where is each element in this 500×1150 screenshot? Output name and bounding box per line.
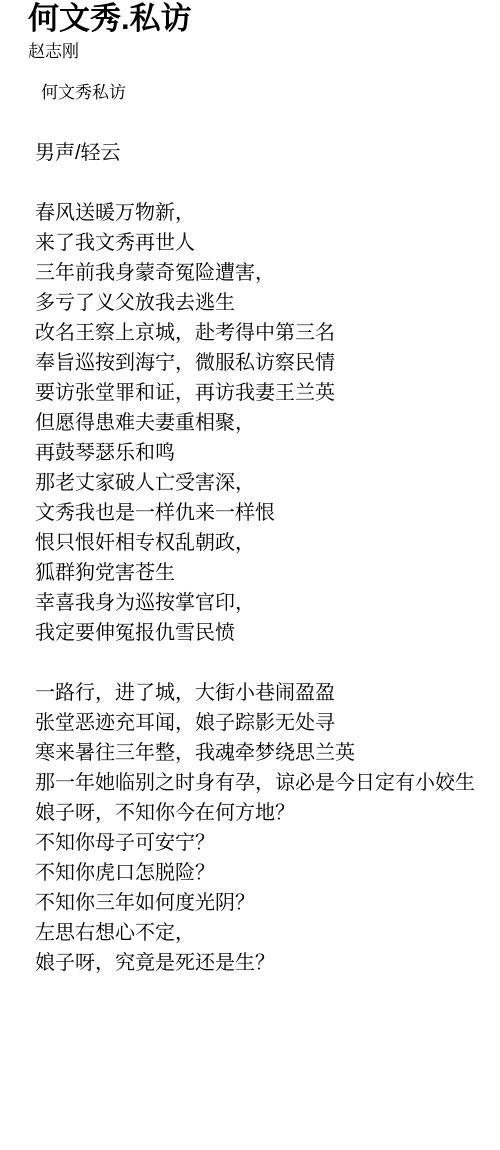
lyric-line: 改名王察上京城，赴考得中第三名 xyxy=(35,318,500,348)
lyric-line: 那老丈家破人亡受害深， xyxy=(35,468,500,498)
lyric-line: 但愿得患难夫妻重相聚， xyxy=(35,408,500,438)
lyric-line: 张堂恶迹充耳闻，娘子踪影无处寻 xyxy=(35,708,500,738)
lyrics-page: 何文秀.私访 赵志刚 何文秀私访 男声/轻云 春风送暖万物新，来了我文秀再世人三… xyxy=(0,0,500,978)
lyric-line: 多亏了义父放我去逃生 xyxy=(35,288,500,318)
song-label: 何文秀私访 xyxy=(41,82,500,104)
lyric-line: 来了我文秀再世人 xyxy=(35,228,500,258)
lyric-line: 不知你虎口怎脱险？ xyxy=(35,858,500,888)
page-title: 何文秀.私访 xyxy=(28,0,500,37)
lyric-stanza: 一路行，进了城，大街小巷闹盈盈张堂恶迹充耳闻，娘子踪影无处寻寒来暑往三年整，我魂… xyxy=(35,678,500,978)
lyric-stanza: 春风送暖万物新，来了我文秀再世人三年前我身蒙奇冤险遭害，多亏了义父放我去逃生改名… xyxy=(35,198,500,648)
artist-name: 赵志刚 xyxy=(28,41,500,63)
lyric-line: 要访张堂罪和证，再访我妻王兰英 xyxy=(35,378,500,408)
lyric-line: 左思右想心不定， xyxy=(35,918,500,948)
lyric-line: 恨只恨奸相专权乱朝政， xyxy=(35,528,500,558)
lyric-line: 娘子呀，究竟是死还是生？ xyxy=(35,948,500,978)
lyric-line: 我定要伸冤报仇雪民愤 xyxy=(35,618,500,648)
lyric-line: 春风送暖万物新， xyxy=(35,198,500,228)
lyric-line: 那一年她临别之时身有孕，谅必是今日定有小姣生 xyxy=(35,768,500,798)
lyrics-body: 春风送暖万物新，来了我文秀再世人三年前我身蒙奇冤险遭害，多亏了义父放我去逃生改名… xyxy=(35,198,500,978)
lyric-line: 娘子呀，不知你今在何方地？ xyxy=(35,798,500,828)
lyric-line: 一路行，进了城，大街小巷闹盈盈 xyxy=(35,678,500,708)
lyric-line: 三年前我身蒙奇冤险遭害， xyxy=(35,258,500,288)
lyric-line: 再鼓琴瑟乐和鸣 xyxy=(35,438,500,468)
lyric-line: 寒来暑往三年整，我魂牵梦绕思兰英 xyxy=(35,738,500,768)
lyric-line: 不知你母子可安宁？ xyxy=(35,828,500,858)
lyric-line: 狐群狗党害苍生 xyxy=(35,558,500,588)
lyric-line: 文秀我也是一样仇来一样恨 xyxy=(35,498,500,528)
lyric-line: 幸喜我身为巡按掌官印， xyxy=(35,588,500,618)
voice-label: 男声/轻云 xyxy=(35,138,500,168)
lyric-line: 奉旨巡按到海宁，微服私访察民情 xyxy=(35,348,500,378)
lyric-line: 不知你三年如何度光阴？ xyxy=(35,888,500,918)
